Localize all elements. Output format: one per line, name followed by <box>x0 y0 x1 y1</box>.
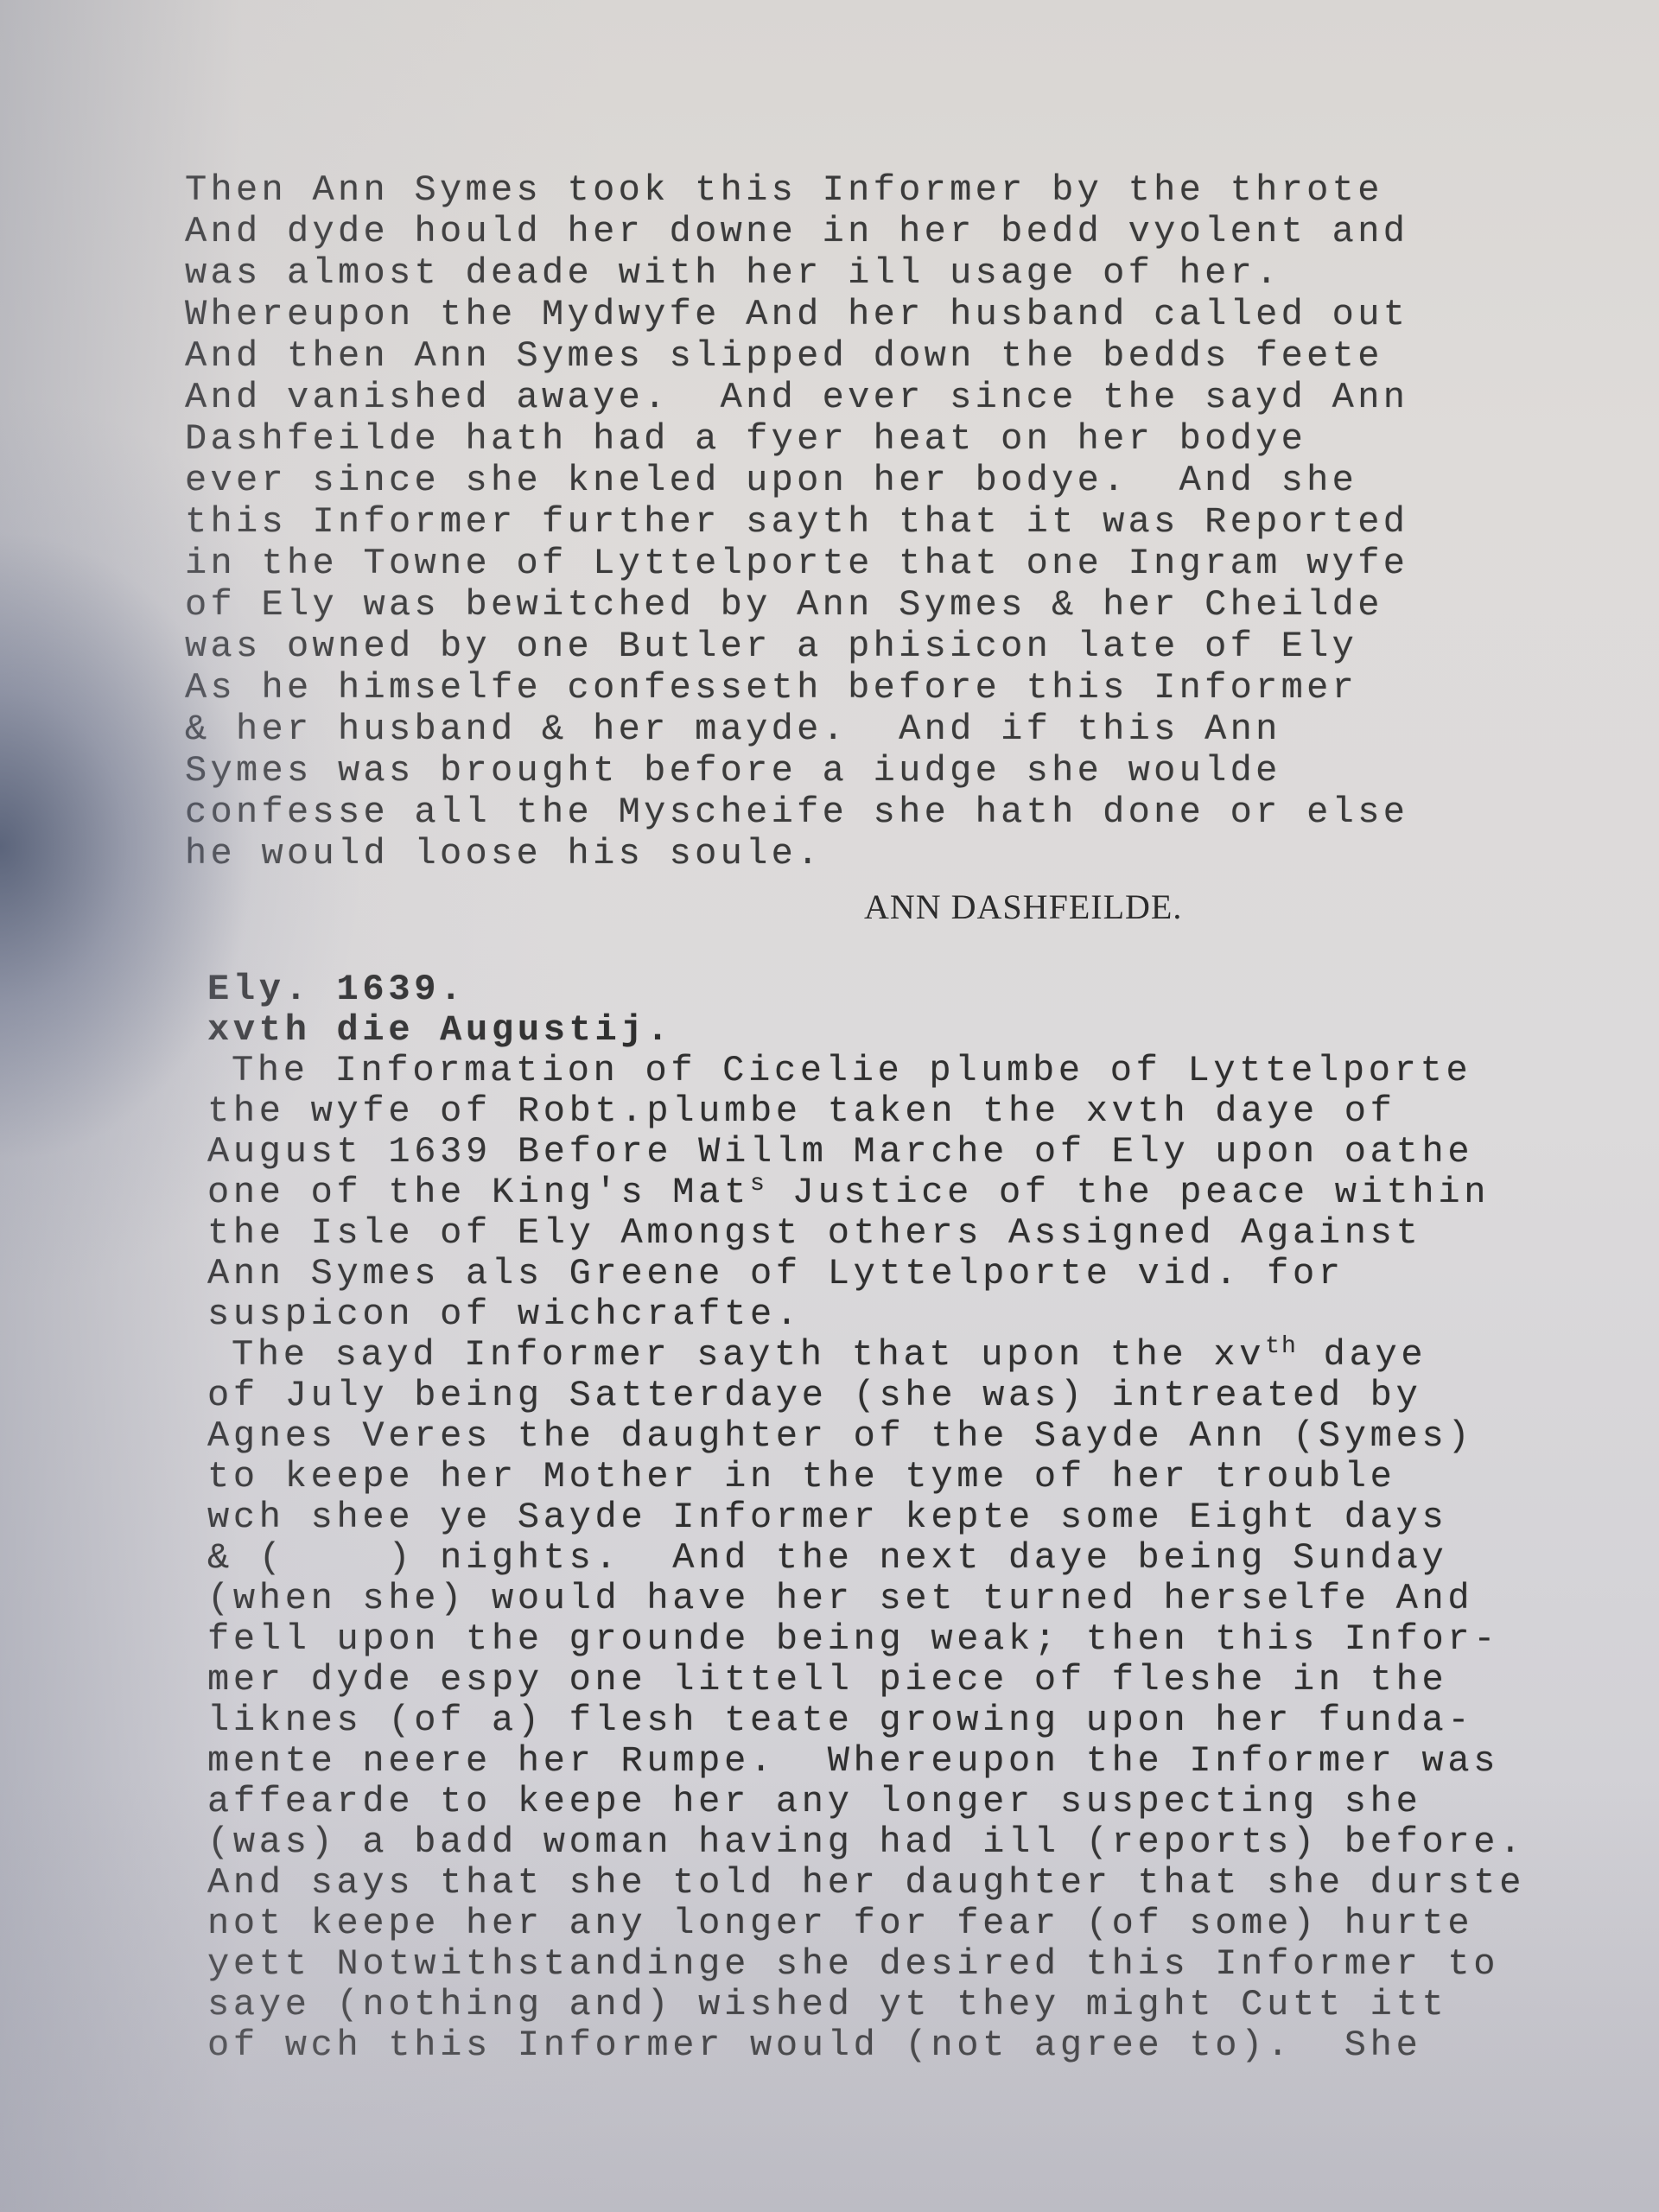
text-line: mente neere her Rumpe. Whereupon the Inf… <box>207 1741 1525 1782</box>
superscript: s <box>750 1171 766 1198</box>
text-line: affearde to keepe her any longer suspect… <box>207 1782 1525 1822</box>
text-line: & her husband & her mayde. And if this A… <box>185 709 1408 750</box>
text-line: of wch this Informer would (not agree to… <box>207 2025 1525 2066</box>
text-line: the wyfe of Robt.plumbe taken the xvth d… <box>207 1091 1525 1132</box>
text-line: The sayd Informer sayth that upon the xv… <box>207 1335 1525 1376</box>
text-line: Then Ann Symes took this Informer by the… <box>185 169 1408 211</box>
text-line: And says that she told her daughter that… <box>207 1863 1525 1904</box>
typewritten-page: Then Ann Symes took this Informer by the… <box>0 0 1659 2212</box>
text-line: the Isle of Ely Amongst others Assigned … <box>207 1213 1525 1254</box>
text-line: (when she) would have her set turned her… <box>207 1579 1525 1619</box>
text-line: Dashfeilde hath had a fyer heat on her b… <box>185 418 1408 460</box>
text-line: mer dyde espy one littell piece of flesh… <box>207 1660 1525 1700</box>
place-year-heading: Ely. 1639. <box>207 969 1525 1010</box>
text-line: he would loose his soule. <box>185 833 1408 874</box>
date-heading: xvth die Augustij. <box>207 1010 1525 1051</box>
text-line: And then Ann Symes slipped down the bedd… <box>185 335 1408 377</box>
text-line: to keepe her Mother in the tyme of her t… <box>207 1457 1525 1497</box>
text-line: this Informer further sayth that it was … <box>185 501 1408 543</box>
text-line: suspicon of wichcrafte. <box>207 1294 1525 1335</box>
text-line: in the Towne of Lyttelporte that one Ing… <box>185 543 1408 584</box>
text-line: wch shee ye Sayde Informer kepte some Ei… <box>207 1497 1525 1538</box>
text-line: (was) a badd woman having had ill (repor… <box>207 1822 1525 1863</box>
text-line: of Ely was bewitched by Ann Symes & her … <box>185 584 1408 626</box>
text-line: Whereupon the Mydwyfe And her husband ca… <box>185 294 1408 335</box>
text-line: was almost deade with her ill usage of h… <box>185 252 1408 294</box>
text-line: yett Notwithstandinge she desired this I… <box>207 1944 1525 1985</box>
text-line: confesse all the Myscheife she hath done… <box>185 791 1408 833</box>
text-line: The Information of Cicelie plumbe of Lyt… <box>207 1051 1525 1091</box>
text-line: not keepe her any longer for fear (of so… <box>207 1904 1525 1944</box>
text-line: liknes (of a) flesh teate growing upon h… <box>207 1700 1525 1741</box>
text-line: was owned by one Butler a phisicon late … <box>185 626 1408 667</box>
text-line: fell upon the grounde being weak; then t… <box>207 1619 1525 1660</box>
text-line: Ann Symes als Greene of Lyttelporte vid.… <box>207 1254 1525 1294</box>
text-line: As he himselfe confesseth before this In… <box>185 667 1408 709</box>
text-line: ever since she kneled upon her bodye. An… <box>185 460 1408 501</box>
signature-ann-dashfeilde: ANN DASHFEILDE. <box>864 887 1182 927</box>
deposition-cicelie-plumbe: Ely. 1639. xvth die Augustij. The Inform… <box>207 969 1525 2066</box>
text-line: one of the King's Mats Justice of the pe… <box>207 1173 1525 1213</box>
deposition-ann-dashfeilde: Then Ann Symes took this Informer by the… <box>185 169 1408 874</box>
text-line: of July being Satterdaye (she was) intre… <box>207 1376 1525 1416</box>
text-line: August 1639 Before Willm Marche of Ely u… <box>207 1132 1525 1173</box>
superscript: th <box>1265 1333 1298 1360</box>
text-line: And dyde hould her downe in her bedd vyo… <box>185 211 1408 252</box>
text-line: Agnes Veres the daughter of the Sayde An… <box>207 1416 1525 1457</box>
text-line: And vanished awaye. And ever since the s… <box>185 377 1408 418</box>
text-line: & ( ) nights. And the next daye being Su… <box>207 1538 1525 1579</box>
text-line: saye (nothing and) wished yt they might … <box>207 1985 1525 2025</box>
text-line: Symes was brought before a iudge she wou… <box>185 750 1408 791</box>
